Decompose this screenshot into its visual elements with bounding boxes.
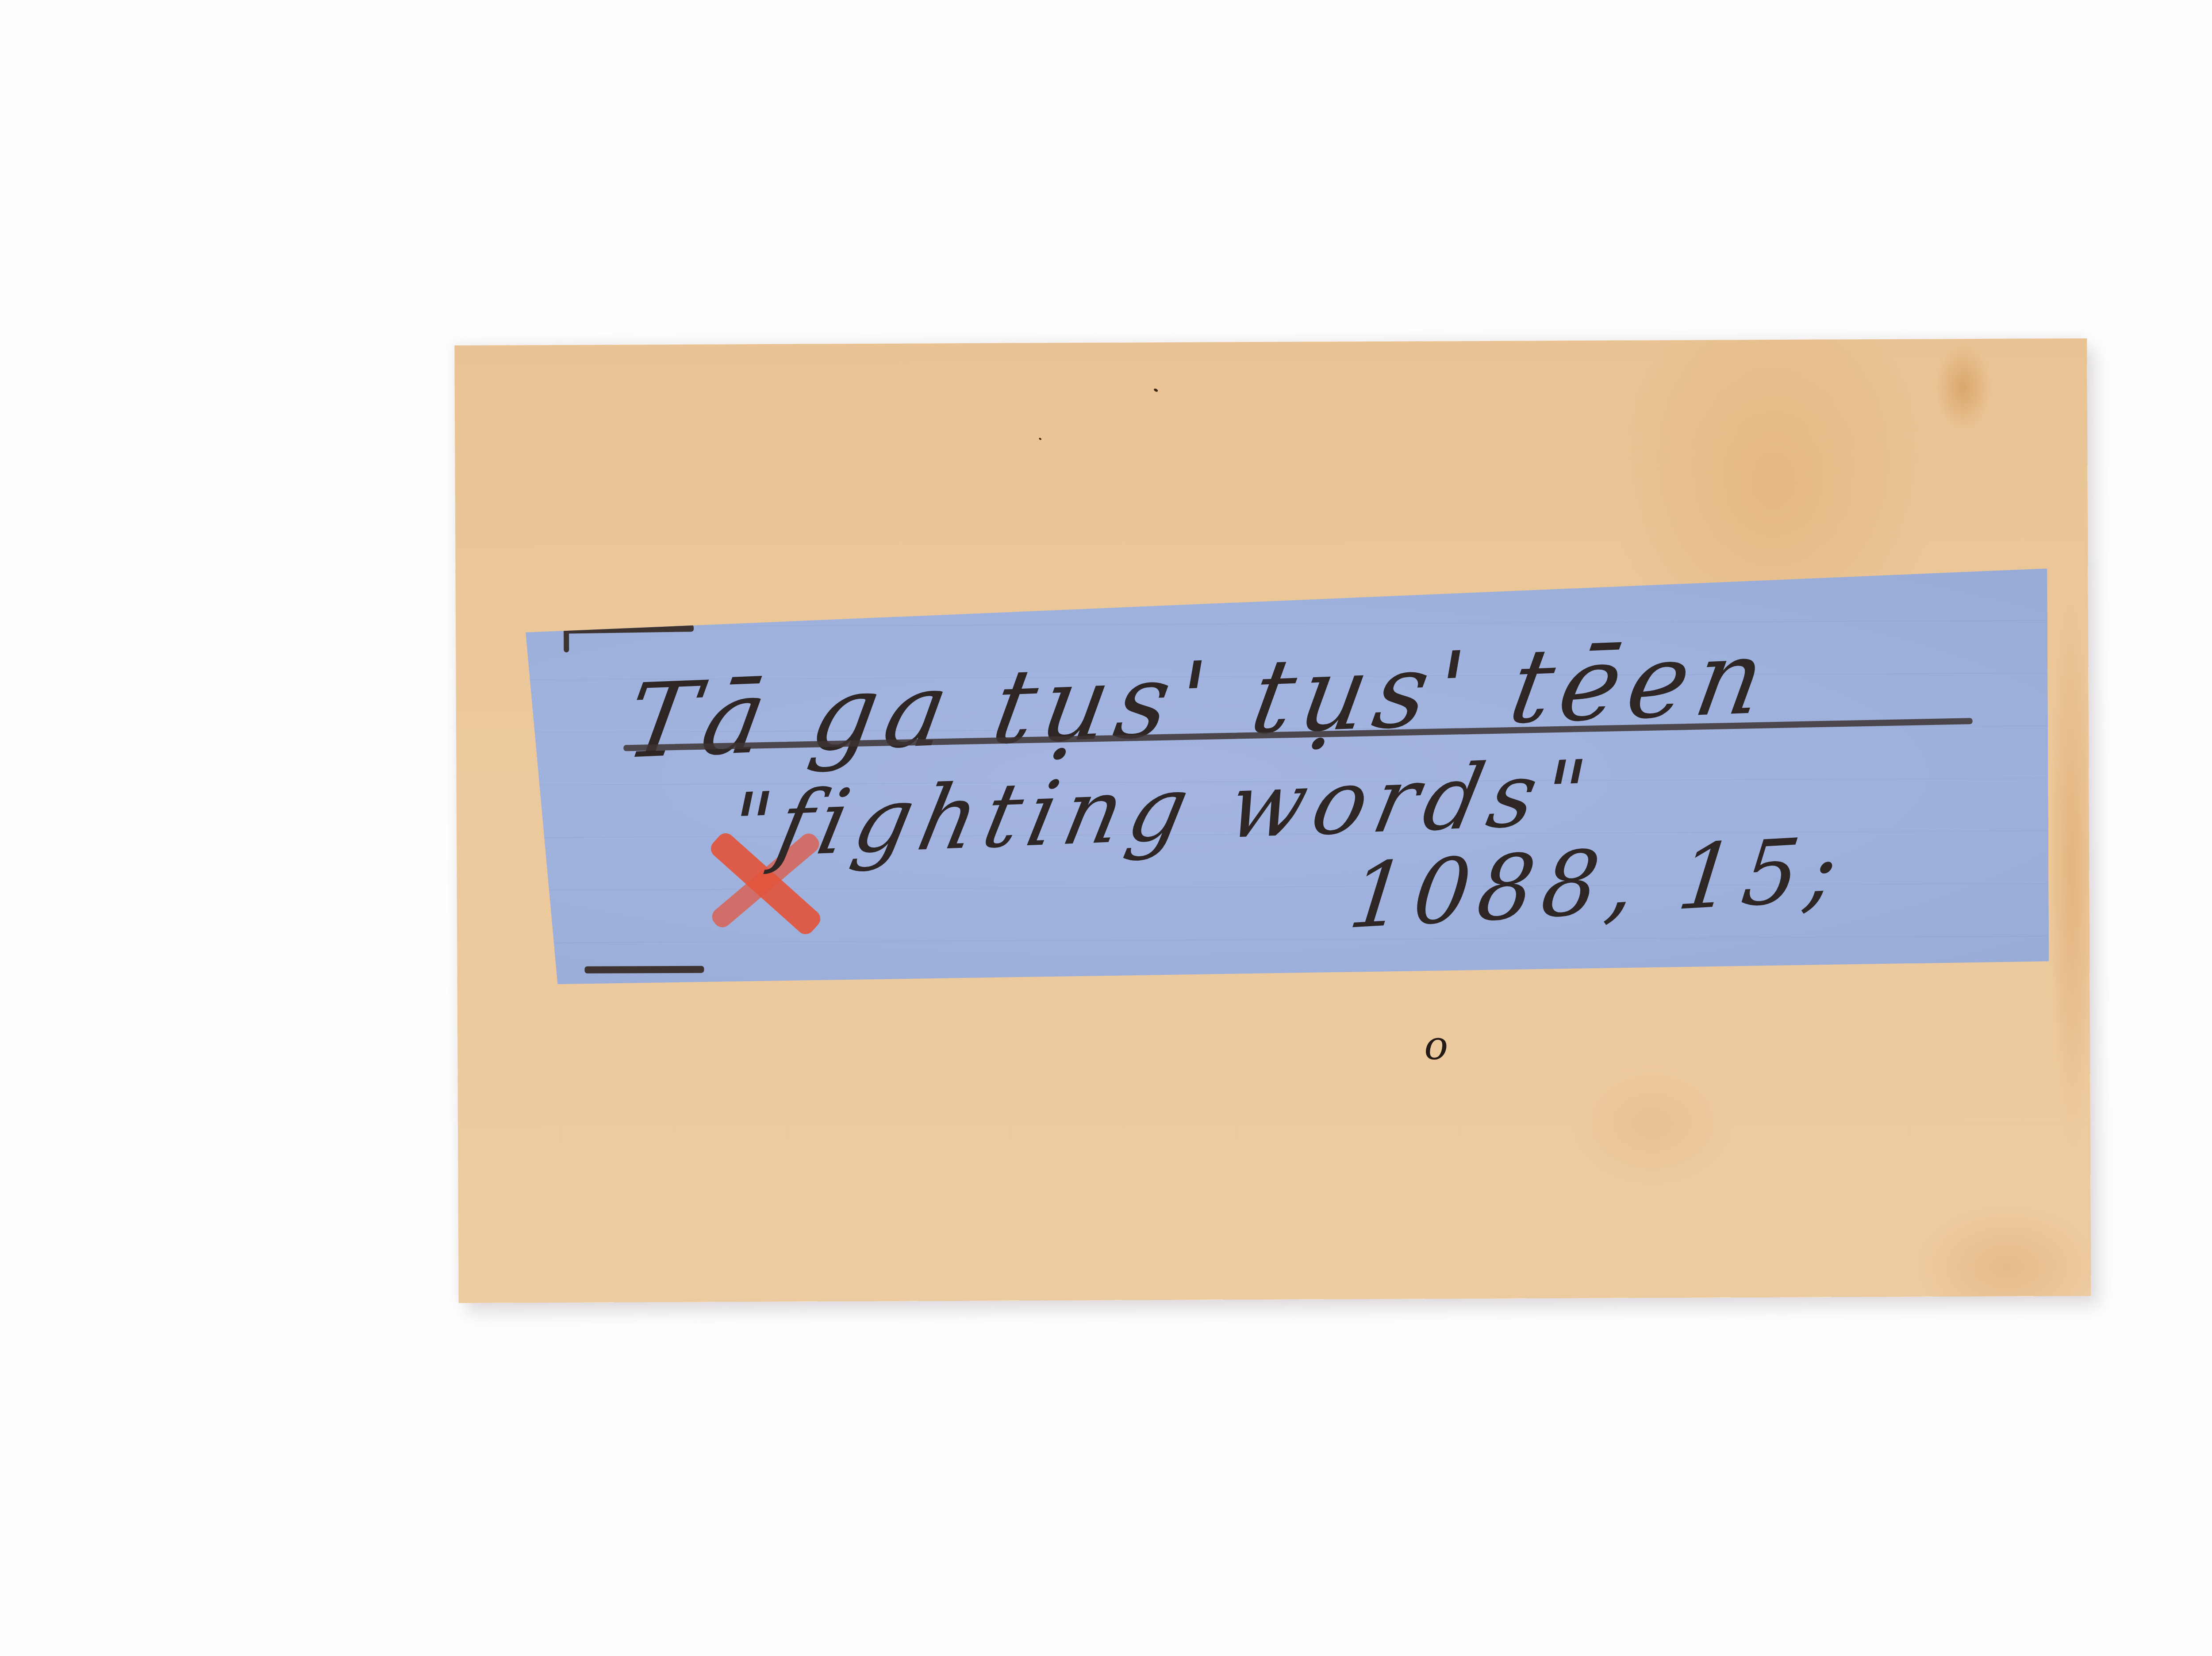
- bracket-mark-top: [565, 625, 694, 633]
- bracket-mark-bottom: [584, 966, 704, 974]
- paper-speck: [1153, 388, 1159, 392]
- bracket-mark-top-hook: [564, 626, 569, 652]
- pen-mark-below-slip: o: [1424, 1022, 1448, 1069]
- paper-speck: [1039, 437, 1042, 440]
- backing-card: Tā ga tụs' tụs' tēen "fighting words" 10…: [454, 338, 2091, 1303]
- blue-paper-slip: Tā ga tụs' tụs' tēen "fighting words" 10…: [526, 568, 2049, 984]
